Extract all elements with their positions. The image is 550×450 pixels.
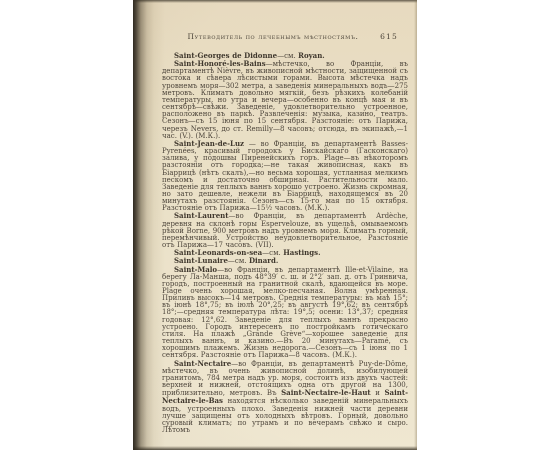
running-head-title: Путеводитель по лечебнымъ мѣстностямъ. <box>188 32 359 41</box>
entry-saint-honore-les-bains: Saint-Honoré-les-Bains—мѣстечко, во Фран… <box>162 60 408 140</box>
entry-saint-nectaire: Saint-Nectaire—во Франціи, въ департамен… <box>162 360 408 435</box>
entry-cross-reference: Dinard. <box>249 256 278 265</box>
entry-saint-malo: Saint-Malo—во Франціи, въ департаментѣ I… <box>162 266 408 360</box>
entry-saint-laurent: Saint-Laurent—во Франціи, въ департамент… <box>162 212 408 249</box>
page-bottom-edge <box>133 446 417 450</box>
page-number: 615 <box>380 32 398 42</box>
book-page: Путеводитель по лечебнымъ мѣстностямъ. 6… <box>133 0 417 450</box>
book-scan: Путеводитель по лечебнымъ мѣстностямъ. 6… <box>0 0 550 450</box>
entry-text: —мѣстечко, во Франціи, въ департаментѣ N… <box>162 60 408 140</box>
entry-inline-place-name: Saint-Nectaire-le-Haut <box>281 388 371 397</box>
entry-text: —во Франціи, въ департаментѣ Ille-et-Vil… <box>162 266 408 360</box>
entry-cross-reference: Hastings. <box>283 248 320 257</box>
gutter-shadow <box>133 0 165 450</box>
page-top-edge <box>133 0 417 3</box>
entry-saint-jean-de-luz: Saint-Jean-de-Luz — во Франціи, въ депар… <box>162 140 408 213</box>
entry-text: — во Франціи, въ департаментѣ Basses-Pyr… <box>162 140 408 212</box>
page-right-edge <box>414 0 417 450</box>
entry-text: и <box>371 389 385 397</box>
entry-text: —см. <box>277 52 298 60</box>
entry-text: —см. <box>228 257 249 265</box>
entry-cross-reference: Royan. <box>298 51 325 60</box>
page-content: Путеводитель по лечебнымъ мѣстностямъ. 6… <box>162 32 408 434</box>
running-head: Путеводитель по лечебнымъ мѣстностямъ. 6… <box>162 32 408 44</box>
